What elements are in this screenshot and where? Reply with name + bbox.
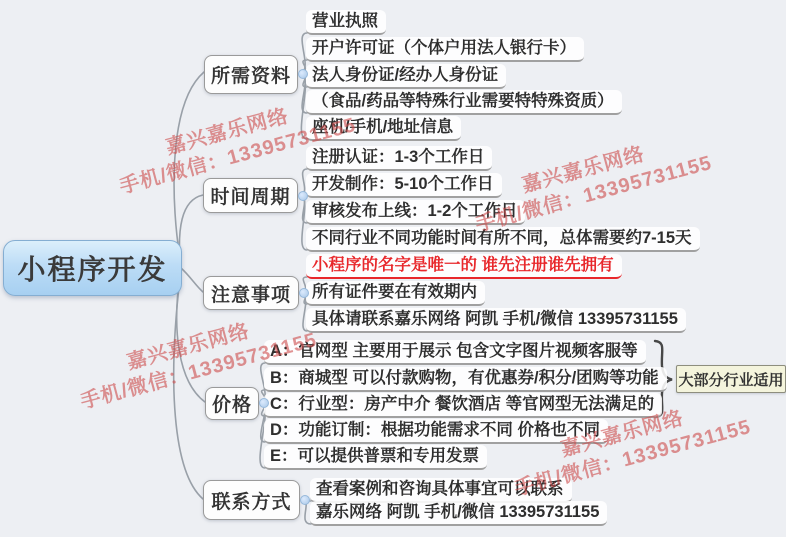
leaf-item[interactable]: E：可以提供普票和专用发票 bbox=[264, 445, 487, 470]
branch-price[interactable]: 价格 bbox=[205, 387, 259, 420]
branch-contact[interactable]: 联系方式 bbox=[203, 480, 300, 520]
leaf-item[interactable]: 具体请联系嘉乐网络 阿凯 手机/微信 13395731155 bbox=[306, 308, 686, 333]
leaf-item[interactable]: 查看案例和咨询具体事宜可以联系 bbox=[310, 478, 572, 503]
leaf-item[interactable]: 注册认证：1-3个工作日 bbox=[306, 146, 492, 171]
leaf-item[interactable]: 座机/手机/地址信息 bbox=[306, 116, 461, 141]
leaf-item[interactable]: 不同行业不同功能时间有所不同，总体需要约7-15天 bbox=[306, 227, 700, 252]
leaf-item[interactable]: C：行业型：房产中介 餐饮酒店 等官网型无法满足的 bbox=[264, 393, 662, 418]
leaf-item[interactable]: 嘉乐网络 阿凯 手机/微信 13395731155 bbox=[310, 501, 607, 526]
collapse-dot[interactable] bbox=[298, 69, 308, 79]
leaf-item[interactable]: 营业执照 bbox=[306, 10, 386, 35]
leaf-item[interactable]: （食品/药品等特殊行业需要特特殊资质） bbox=[306, 90, 622, 115]
leaf-item[interactable]: B：商城型 可以付款购物，有优惠券/积分/团购等功能 bbox=[264, 367, 667, 392]
branch-required-materials[interactable]: 所需资料 bbox=[204, 55, 298, 94]
leaf-item[interactable]: 法人身份证/经办人身份证 bbox=[306, 64, 506, 89]
branch-time-period[interactable]: 时间周期 bbox=[203, 178, 298, 213]
leaf-item[interactable]: A：官网型 主要用于展示 包含文字图片视频客服等 bbox=[264, 340, 646, 365]
leaf-item[interactable]: 审核发布上线：1-2个工作日 bbox=[306, 200, 525, 225]
collapse-dot[interactable] bbox=[298, 191, 308, 201]
branch-notes[interactable]: 注意事项 bbox=[203, 276, 299, 310]
mindmap-canvas: 小程序开发 所需资料 时间周期 注意事项 价格 联系方式 营业执照 开户许可证（… bbox=[0, 0, 786, 537]
leaf-item[interactable]: 开户许可证（个体户用法人银行卡） bbox=[306, 37, 584, 62]
collapse-dot[interactable] bbox=[259, 398, 269, 408]
leaf-item[interactable]: 开发制作：5-10个工作日 bbox=[306, 173, 502, 198]
callout-most-industries[interactable]: 大部分行业适用 bbox=[676, 365, 786, 393]
leaf-item[interactable]: D：功能订制：根据功能需求不同 价格也不同 bbox=[264, 419, 608, 444]
leaf-item[interactable]: 所有证件要在有效期内 bbox=[306, 281, 485, 306]
central-topic[interactable]: 小程序开发 bbox=[3, 240, 182, 296]
collapse-dot[interactable] bbox=[300, 495, 310, 505]
leaf-item-unique-name-warning[interactable]: 小程序的名字是唯一的 谁先注册谁先拥有 bbox=[306, 254, 622, 279]
collapse-dot[interactable] bbox=[299, 288, 309, 298]
